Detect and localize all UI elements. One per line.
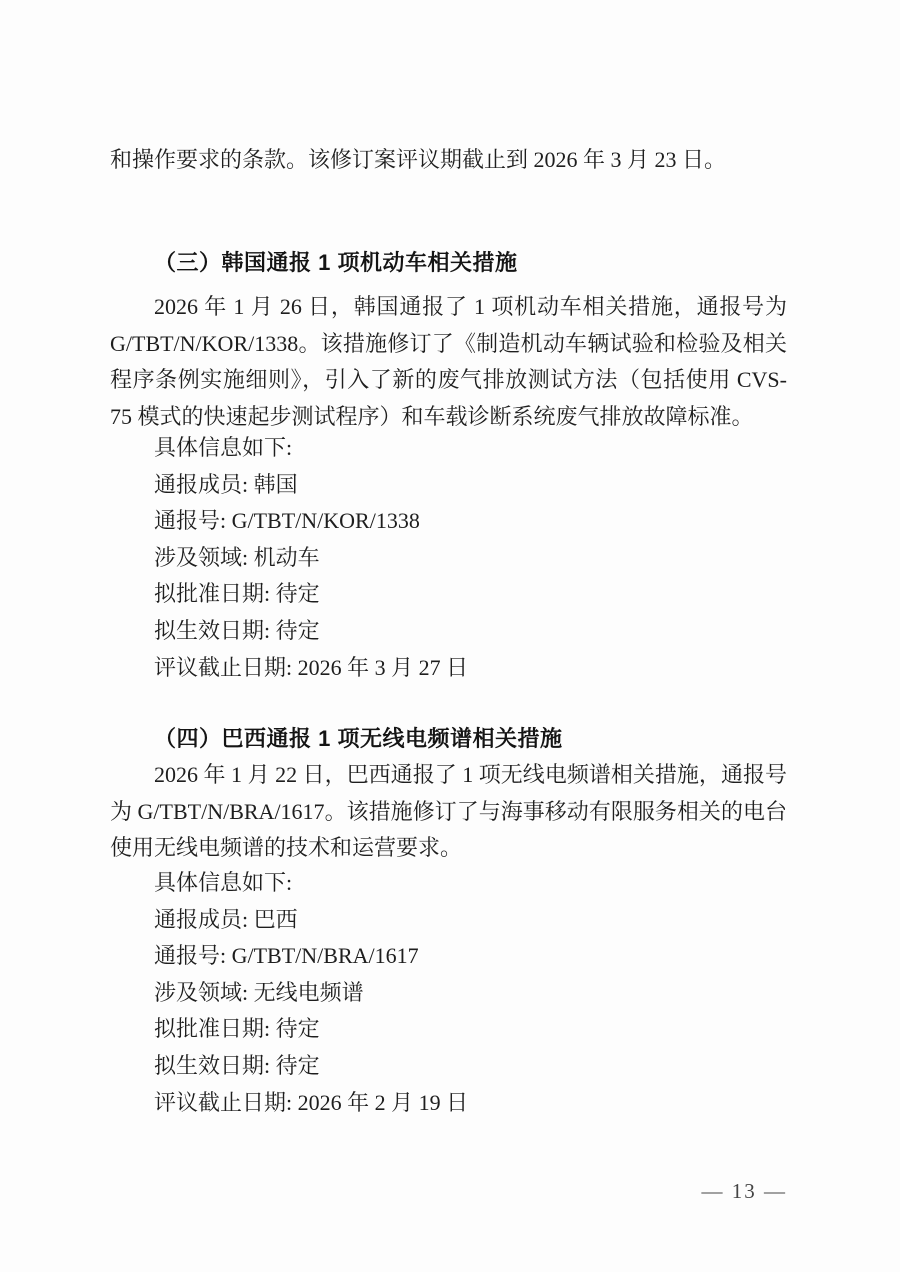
detail-line-effective-date: 拟生效日期: 待定 [110,1048,787,1085]
detail-line-comment-deadline: 评议截止日期: 2026 年 2 月 19 日 [110,1085,787,1122]
section-heading-3: （三）韩国通报 1 项机动车相关措施 [110,245,787,282]
detail-line-notification-number: 通报号: G/TBT/N/KOR/1338 [110,503,787,540]
detail-line-field: 涉及领域: 无线电频谱 [110,975,787,1012]
detail-line-field: 涉及领域: 机动车 [110,540,787,577]
section-3-details: 具体信息如下: 通报成员: 韩国 通报号: G/TBT/N/KOR/1338 涉… [110,430,787,686]
section-heading-4: （四）巴西通报 1 项无线电频谱相关措施 [110,721,787,758]
detail-line-approval-date: 拟批准日期: 待定 [110,1011,787,1048]
detail-line-comment-deadline: 评议截止日期: 2026 年 3 月 27 日 [110,650,787,687]
document-page: 和操作要求的条款。该修订案评议期截止到 2026 年 3 月 23 日。 （三）… [0,0,900,1272]
detail-line-intro: 具体信息如下: [110,865,787,902]
detail-line-notification-number: 通报号: G/TBT/N/BRA/1617 [110,938,787,975]
detail-line-member: 通报成员: 韩国 [110,467,787,504]
section-4-paragraph: 2026 年 1 月 22 日，巴西通报了 1 项无线电频谱相关措施，通报号为 … [110,757,787,867]
section-3-paragraph: 2026 年 1 月 26 日，韩国通报了 1 项机动车相关措施，通报号为 G/… [110,289,787,435]
detail-line-approval-date: 拟批准日期: 待定 [110,576,787,613]
detail-line-intro: 具体信息如下: [110,430,787,467]
detail-line-effective-date: 拟生效日期: 待定 [110,613,787,650]
intro-continuation-line: 和操作要求的条款。该修订案评议期截止到 2026 年 3 月 23 日。 [110,142,787,179]
page-number-footer: — 13 — [702,1176,788,1206]
section-4-details: 具体信息如下: 通报成员: 巴西 通报号: G/TBT/N/BRA/1617 涉… [110,865,787,1121]
detail-line-member: 通报成员: 巴西 [110,902,787,939]
